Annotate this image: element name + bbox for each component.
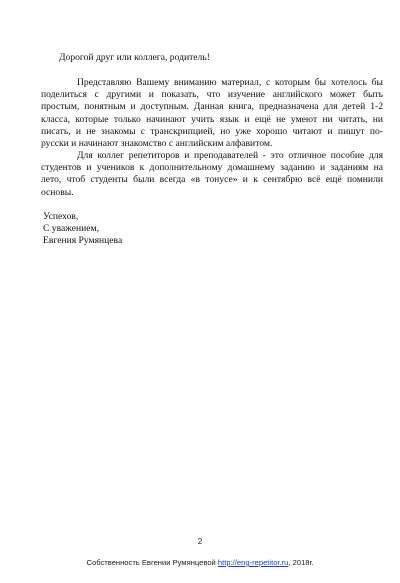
paragraph-line: Представляю Вашему вниманию материал, с …	[41, 77, 383, 89]
signature-line: С уважением,	[43, 223, 122, 235]
paragraph-colleagues: Для коллег репетиторов и преподавателей …	[41, 150, 383, 199]
greeting: Дорогой друг или коллега, родитель!	[59, 52, 210, 63]
paragraph-line: поделиться с другими и показать, что изу…	[41, 89, 383, 101]
paragraph-line: студентов и учеников к дополнительному д…	[41, 162, 383, 174]
paragraph-line: писать, и не знакомы с транскрипцией, но…	[41, 126, 383, 138]
paragraph-line: основы.	[41, 187, 383, 199]
paragraph-line: русски и начинают знакомство с английски…	[41, 138, 383, 150]
footer-link[interactable]: http://eng-repetitor.ru	[218, 558, 289, 567]
paragraph-line: простым, понятным и доступным. Данная кн…	[41, 101, 383, 113]
footer-prefix: Собственность Евгении Румянцевой	[87, 558, 218, 567]
paragraph-line: лето, чтоб студенты были всегда «в тонус…	[41, 174, 383, 186]
signature-block: Успехов, С уважением, Евгения Румянцева	[43, 211, 122, 248]
signature-line: Успехов,	[43, 211, 122, 223]
footer-suffix: , 2018г.	[288, 558, 313, 567]
signature-line: Евгения Румянцева	[43, 235, 122, 247]
paragraph-intro: Представляю Вашему вниманию материал, с …	[41, 77, 383, 150]
paragraph-line: класса, которые только начинают учить яз…	[41, 114, 383, 126]
footer: Собственность Евгении Румянцевой http://…	[0, 558, 400, 567]
page-number: 2	[0, 537, 400, 546]
document-page: Дорогой друг или коллега, родитель! Пред…	[0, 0, 400, 583]
paragraph-line: Для коллег репетиторов и преподавателей …	[41, 150, 383, 162]
